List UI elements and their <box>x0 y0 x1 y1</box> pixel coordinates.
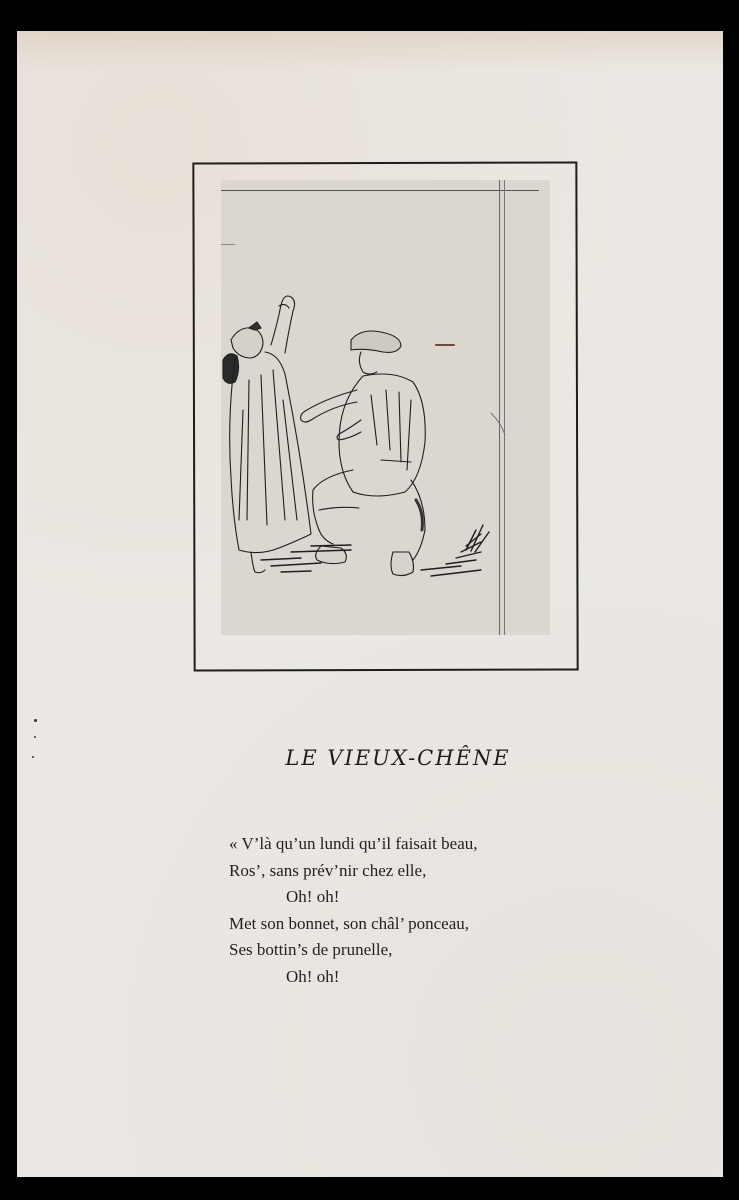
book-page: LE VIEUX-CHÊNE « V’là qu’un lundi qu’il … <box>17 31 723 1177</box>
floor-hatching <box>261 525 489 576</box>
paper-speck <box>32 756 34 758</box>
poem-refrain: Oh! oh! <box>229 884 478 911</box>
woman-figure <box>223 296 311 573</box>
man-figure <box>301 331 426 576</box>
poem-refrain: Oh! oh! <box>229 964 478 991</box>
etching-illustration <box>221 180 550 635</box>
page-edge-tint <box>17 31 723 71</box>
poem-line: « V’là qu’un lundi qu’il faisait beau, <box>229 831 478 858</box>
paper-speck <box>34 736 36 738</box>
poem-line: Met son bonnet, son châl’ ponceau, <box>229 911 478 938</box>
chapter-title: LE VIEUX-CHÊNE <box>17 746 723 770</box>
paper-speck <box>34 719 37 722</box>
poem-line: Ros’, sans prév’nir chez elle, <box>229 858 478 885</box>
poem-line: Ses bottin’s de prunelle, <box>229 937 478 964</box>
illustration-plate <box>221 180 550 635</box>
poem-stanza: « V’là qu’un lundi qu’il faisait beau, R… <box>229 831 478 990</box>
